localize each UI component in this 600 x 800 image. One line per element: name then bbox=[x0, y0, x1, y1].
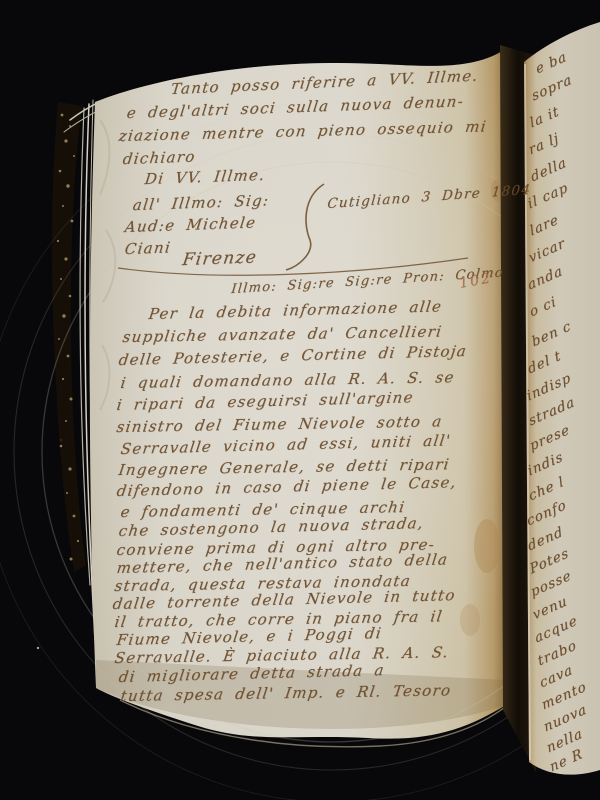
body-line: tutta spesa dell' Imp. e Rl. Tesoro bbox=[119, 681, 452, 705]
right-page-fragment: ben c bbox=[530, 318, 573, 351]
dateline: Cutigliano 3 Dbre 1804 bbox=[327, 182, 532, 212]
right-page-fragment: la it bbox=[528, 103, 561, 131]
right-page-fragment: anda bbox=[526, 263, 565, 294]
right-page-fragment: lare bbox=[528, 211, 561, 239]
right-page-fragment: vicar bbox=[527, 235, 567, 266]
right-page-fragment: del t bbox=[526, 347, 563, 377]
address-city: Firenze bbox=[181, 247, 258, 270]
right-page-text: e ba sopra la it ra lj della il cap lare… bbox=[520, 0, 600, 800]
address-line: Ciani bbox=[124, 238, 172, 258]
manuscript-photo: Tanto posso riferire a VV. Illme. e degl… bbox=[0, 0, 600, 800]
body-line: Per la debita informazione alle bbox=[148, 297, 444, 323]
address-line: all' Illmo: Sig: bbox=[132, 191, 271, 214]
right-page-fragment: ra lj bbox=[527, 130, 561, 159]
address-line: Aud:e Michele bbox=[124, 213, 258, 236]
right-page-fragment: o ci bbox=[528, 293, 558, 320]
closing-line: dichiaro bbox=[122, 147, 197, 168]
left-page-text: Tanto posso riferire a VV. Illme. e degl… bbox=[0, 0, 600, 800]
right-page-fragment: sopra bbox=[530, 71, 574, 104]
body-line: Serravalle vicino ad essi, uniti all' bbox=[120, 431, 453, 458]
closing-line: ziazione mentre con pieno ossequio mi bbox=[118, 117, 488, 145]
valediction: Di VV. Illme. bbox=[144, 166, 267, 188]
body-line: suppliche avanzate da' Cancellieri bbox=[121, 322, 443, 346]
body-line: delle Potesterie, e Cortine di Pistoja bbox=[118, 342, 469, 369]
body-line: i ripari da eseguirsi sull'argine bbox=[116, 388, 415, 414]
